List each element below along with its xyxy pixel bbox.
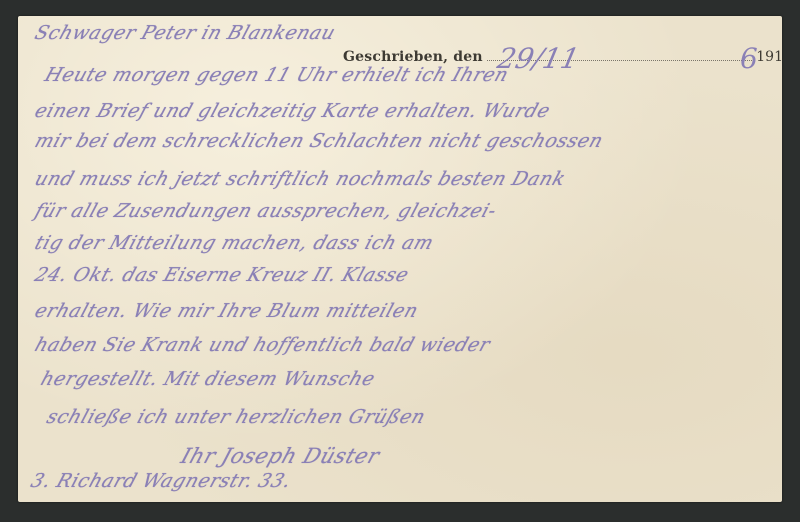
postcard: Geschrieben, den 191 29/11 6 Schwager Pe… [18,16,782,502]
handwritten-line: haben Sie Krank und hoffentlich bald wie… [32,334,493,356]
handwritten-line: hergestellt. Mit diesem Wunsche [38,368,378,390]
sender-address: 3. Richard Wagnerstr. 33. [28,470,294,492]
signature: Ihr Joseph Düster [178,444,383,468]
handwritten-line: tig der Mitteilung machen, dass ich am [32,232,437,254]
handwritten-line: Heute morgen gegen 11 Uhr erhielt ich Ih… [42,64,511,86]
handwritten-line: für alle Zusendungen aussprechen, gleich… [32,200,499,222]
printed-label: Geschrieben, den [343,49,483,65]
handwritten-line: erhalten. Wie mir Ihre Blum mitteilen [32,300,421,322]
handwritten-line: Schwager Peter in Blankenau [32,22,338,44]
printed-year-prefix: 191 [756,49,783,65]
handwritten-line: 24. Okt. das Eiserne Kreuz II. Klasse [32,264,412,286]
handwritten-year-digit: 6 [740,42,758,75]
handwritten-line: schließe ich unter herzlichen Grüßen [44,406,428,428]
handwritten-line: mir bei dem schrecklichen Schlachten nic… [32,130,606,152]
handwritten-line: einen Brief und gleichzeitig Karte erhal… [32,100,553,122]
handwritten-line: und muss ich jetzt schriftlich nochmals … [32,168,568,190]
